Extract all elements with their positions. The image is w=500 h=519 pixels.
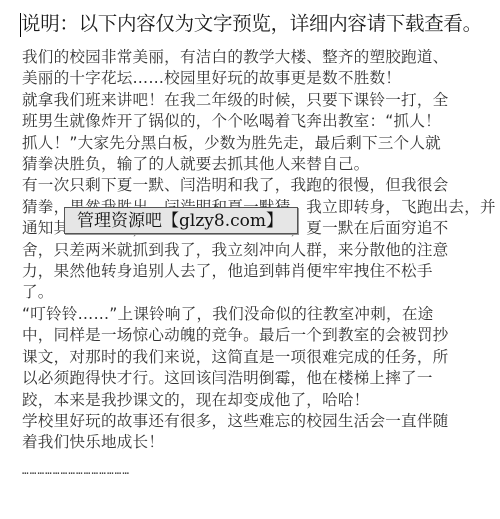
article-line: 抓人！”大家先分黑白板，少数为胜先走，最后剩下三个人就: [22, 133, 492, 154]
article-line: 以必须跑得快才行。这回该闫浩明倒霉，他在楼梯上摔了一: [22, 368, 492, 389]
article-line: 课文，对那时的我们来说，这简直是一项很难完成的任务，所: [22, 347, 492, 368]
watermark-banner: 管理资源吧【glzy8.com】: [64, 207, 298, 234]
article-line: 跤，本来是我抄课文的，现在却变成他了，哈哈！: [22, 390, 492, 411]
article-line: 了。: [22, 282, 492, 303]
article-line: 美丽的十字花坛……校园里好玩的故事更是数不胜数！: [22, 68, 492, 89]
article-line: 班男生就像炸开了锅似的，个个吆喝着飞奔出教室：“抓人！: [22, 111, 492, 132]
article-line: 猜拳决胜负，输了的人就要去抓其他人来替自己。: [22, 154, 492, 175]
article-line: 中，同样是一场惊心动魄的竞争。最后一个到教室的会被罚抄: [22, 325, 492, 346]
article-line: 舍，只差两米就抓到我了，我立刻冲向人群，来分散他的注意: [22, 240, 492, 261]
article-line: “叮铃铃……”上课铃响了，我们没命似的往教室冲刺，在途: [22, 304, 492, 325]
article-body: 我们的校园非常美丽，有洁白的教学大楼、整齐的塑胶跑道、 美丽的十字花坛……校园里…: [22, 47, 492, 454]
article-line: 力，果然他转身追别人去了，他追到韩肖便牢牢拽住不松手: [22, 261, 492, 282]
article-line: 着我们快乐地成长！: [22, 432, 492, 453]
article-line: 学校里好玩的故事还有很多，这些难忘的校园生活会一直伴随: [22, 411, 492, 432]
ellipsis-divider: ……………………………………: [22, 464, 130, 477]
article-line: 有一次只剩下夏一默、闫浩明和我了，我跑的很慢，但我很会: [22, 175, 492, 196]
article-line: 就拿我们班来讲吧！在我二年级的时候，只要下课铃一打，全: [22, 90, 492, 111]
preview-notice: 说明：以下内容仅为文字预览，详细内容请下载查看。: [21, 12, 482, 36]
article-line: 我们的校园非常美丽，有洁白的教学大楼、整齐的塑胶跑道、: [22, 47, 492, 68]
